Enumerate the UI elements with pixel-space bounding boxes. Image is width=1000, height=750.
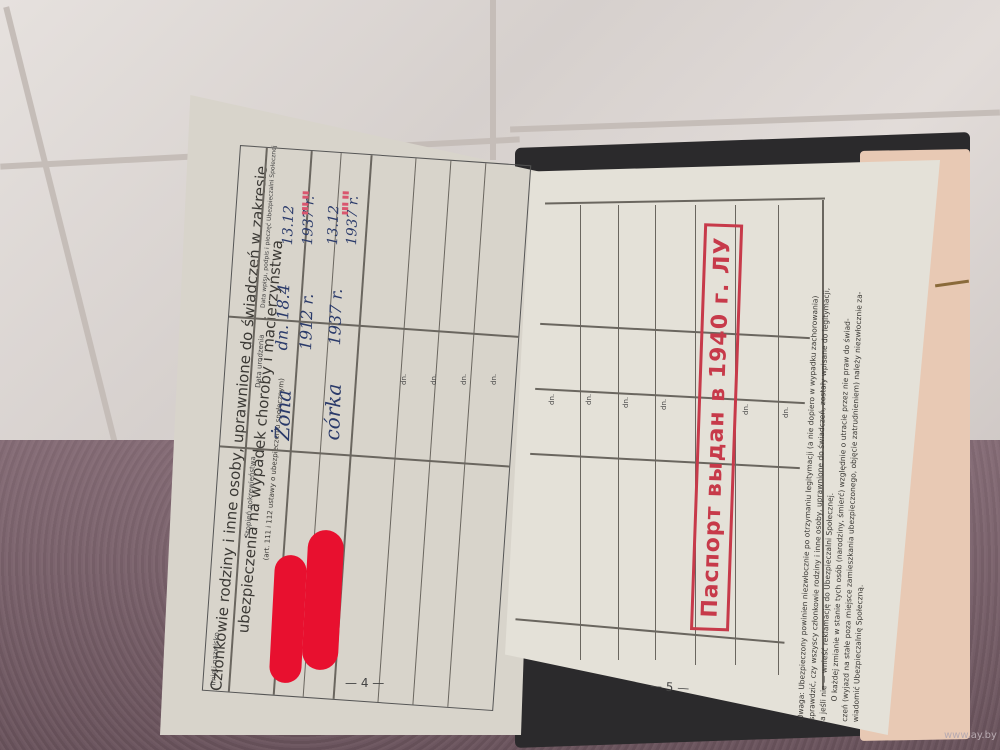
blank-day-label: dn. bbox=[782, 407, 790, 418]
row2-relation: córka bbox=[320, 383, 346, 441]
blank-day-label: dn. bbox=[585, 394, 593, 405]
family-members-table: Imię i nazwisko Stopień pokrewieństwa Da… bbox=[202, 145, 531, 711]
column-header-relation: Stopień pokrewieństwa bbox=[244, 456, 258, 538]
table-col-divider bbox=[447, 163, 486, 707]
table-col-divider bbox=[412, 161, 451, 705]
table-col-divider bbox=[778, 205, 779, 675]
row2-birth-year: 1937 r. bbox=[325, 288, 346, 345]
blank-day-label: dn. bbox=[460, 374, 468, 385]
blank-day-label: dn. bbox=[742, 404, 750, 415]
table-col-divider bbox=[580, 205, 581, 660]
row1-birth-day: dn. 18.4 bbox=[272, 284, 293, 351]
insurance-office-stamp: ▮▮▮ ▮▮ bbox=[340, 190, 350, 215]
blank-day-label: dn. bbox=[490, 374, 498, 385]
table-col-divider bbox=[655, 205, 656, 660]
row1-relation: Żona bbox=[270, 389, 296, 441]
column-header-name: Imię i nazwisko bbox=[209, 632, 221, 686]
page-number-right: — 5 — bbox=[650, 679, 690, 696]
column-header-birthdate: Data urodzenia bbox=[254, 334, 266, 388]
blank-day-label: dn. bbox=[400, 374, 408, 385]
row1-birth-year: 1912 r. bbox=[296, 293, 317, 350]
insurance-office-stamp: ▮▮▮ ▮▮ bbox=[300, 190, 310, 215]
redaction-mark bbox=[301, 529, 344, 671]
row1-entry-date: 13.12 bbox=[280, 205, 297, 246]
blank-day-label: dn. bbox=[548, 394, 556, 405]
table-col-divider bbox=[377, 158, 416, 702]
watermark: www.ay.by bbox=[944, 730, 997, 741]
redaction-mark bbox=[269, 554, 308, 683]
blank-day-label: dn. bbox=[430, 374, 438, 385]
table-col-divider bbox=[618, 205, 619, 660]
blank-day-label: dn. bbox=[660, 399, 668, 410]
tile-grout bbox=[490, 0, 496, 160]
page-number-left: — 4 — bbox=[345, 676, 384, 690]
blank-day-label: dn. bbox=[622, 397, 630, 408]
table-col-divider bbox=[228, 148, 268, 692]
